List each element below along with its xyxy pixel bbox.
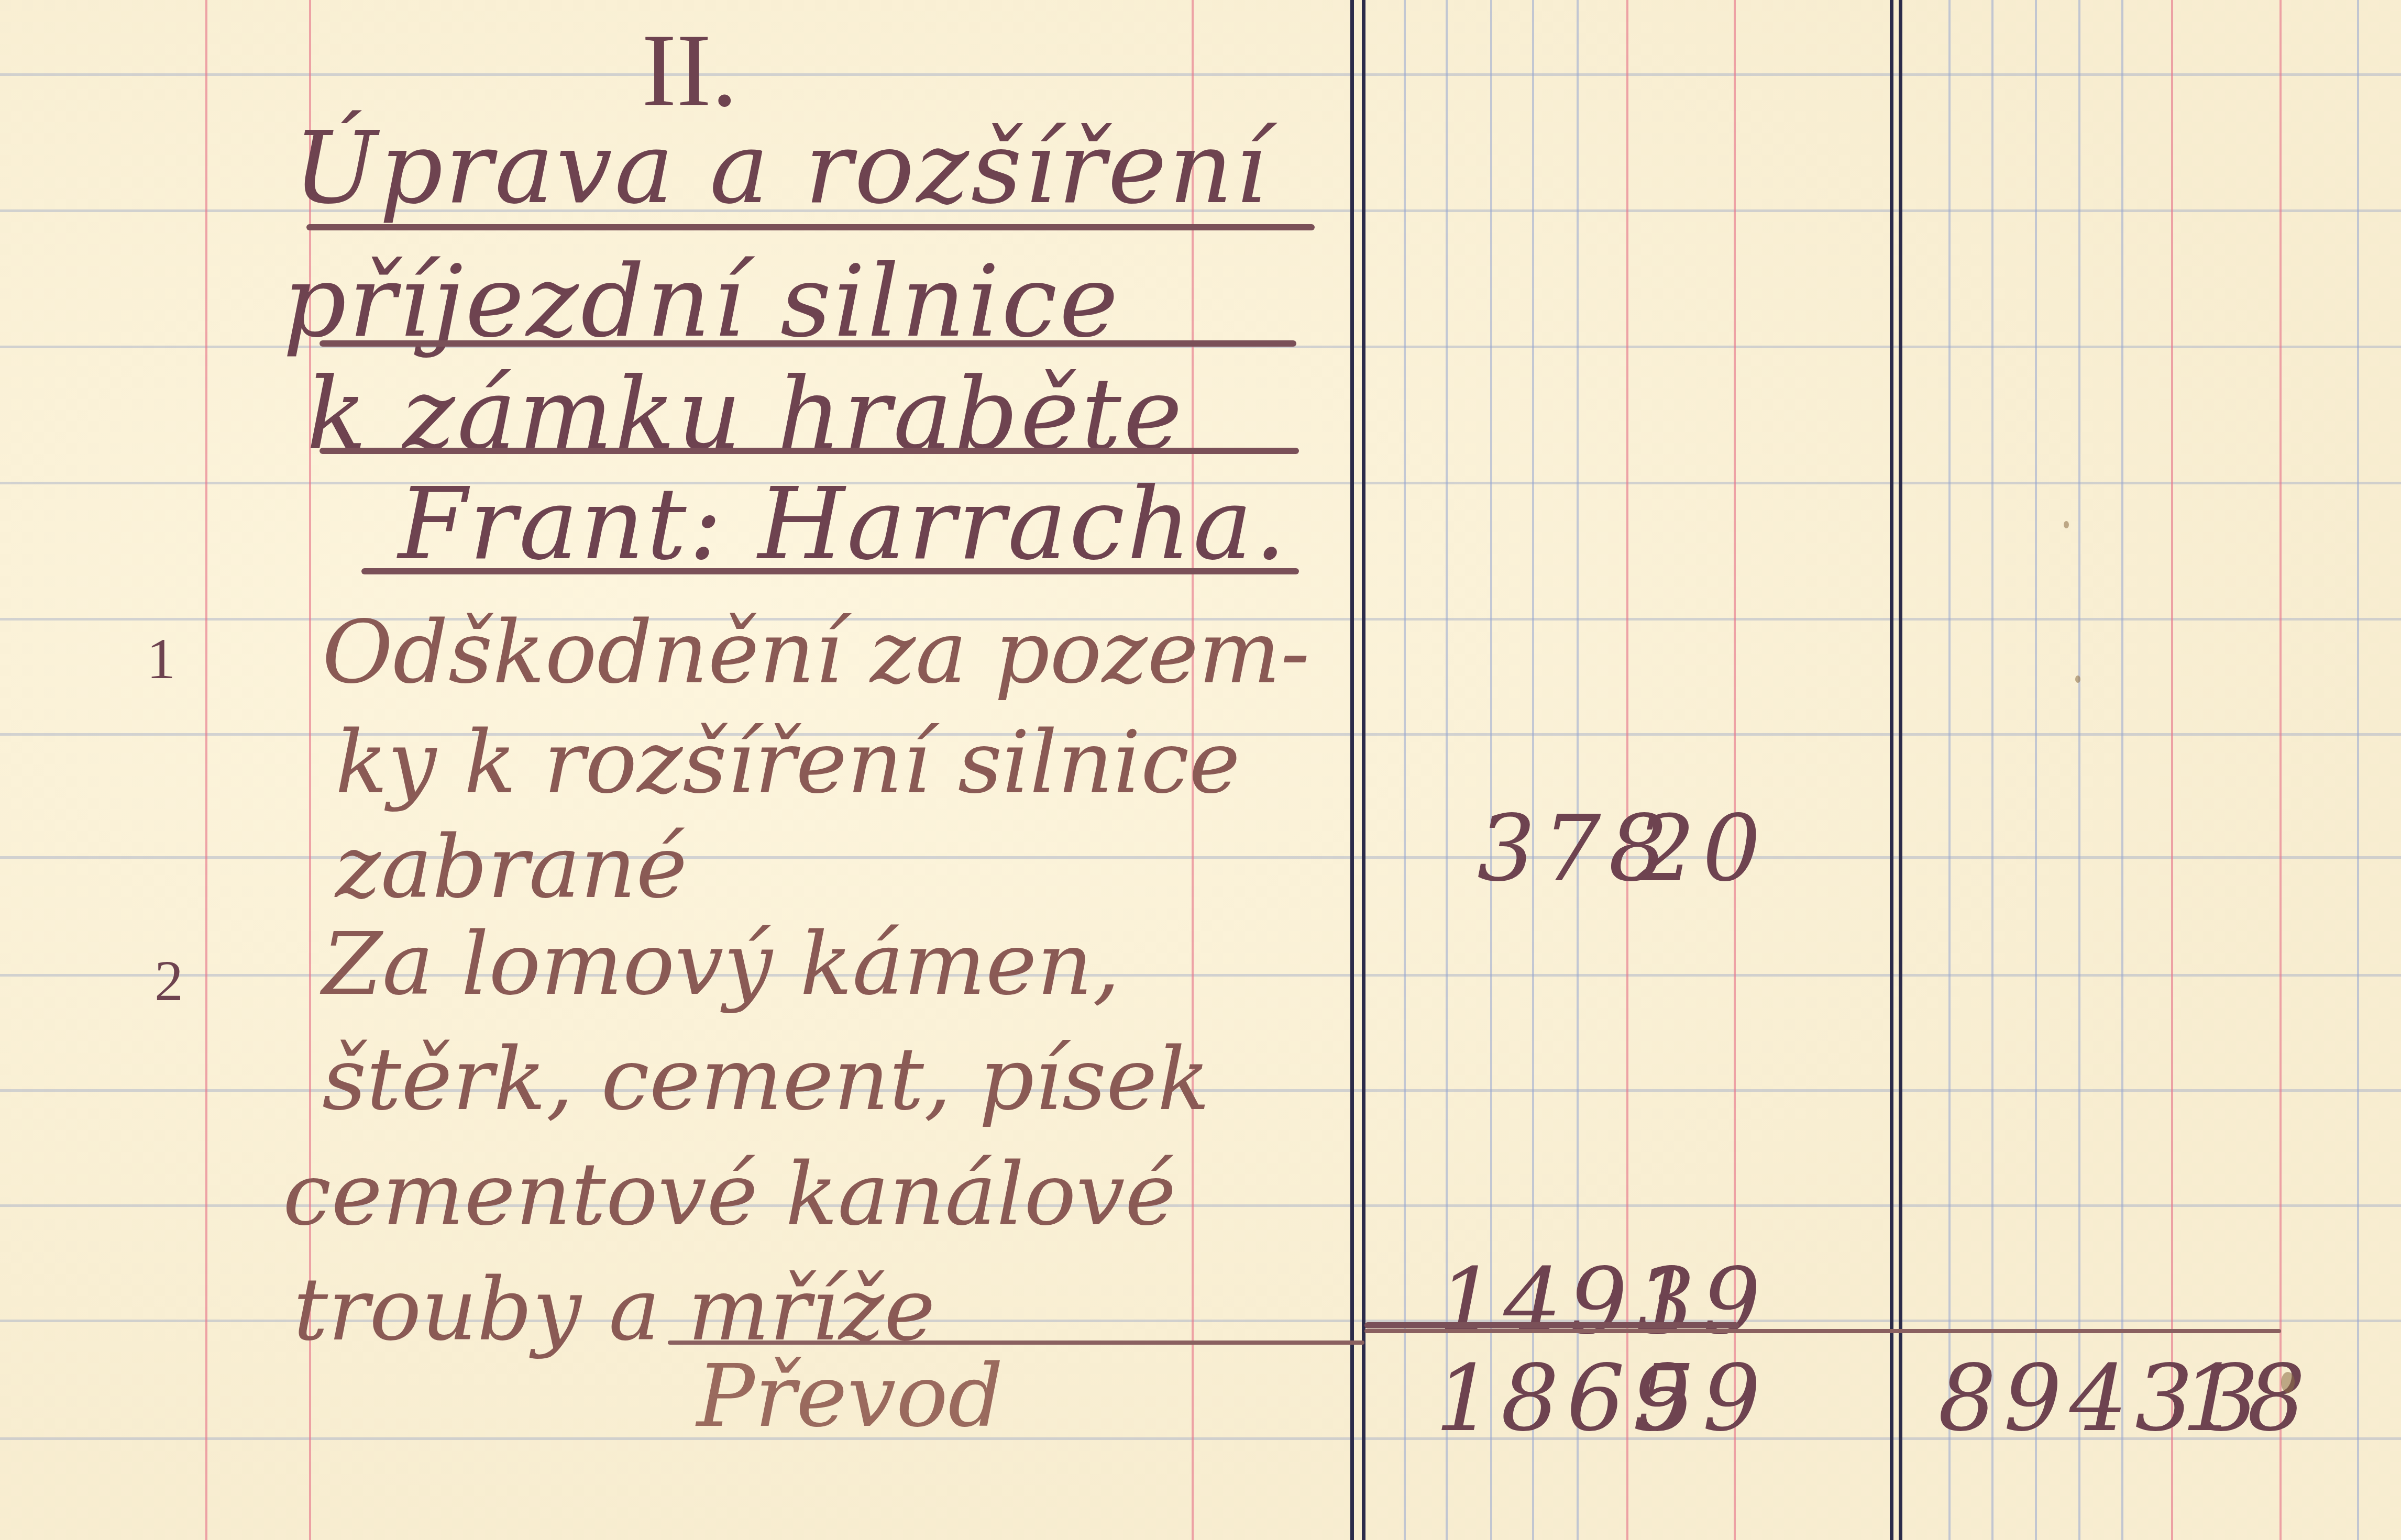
running-total-hellers: 18 [2182,1346,2313,1452]
amount-sum-rule [1364,1322,1739,1328]
item-2-text-underline [668,1340,1364,1345]
item-1-number: 1 [147,626,175,692]
ink-speck [2075,675,2080,683]
heading-underline-1 [306,224,1315,230]
item-1-line-1: Odškodnění za pozem- [322,602,1309,703]
heading-underline-3 [320,448,1299,454]
heading-line-4: Frant: Harracha. [398,466,1288,582]
heading-line-3: k zámku hraběte [306,356,1184,472]
ink-blot [2281,1372,2295,1393]
heading-underline-2 [320,340,1296,347]
item-2-line-2: štěrk, cement, písek [322,1029,1210,1129]
item-2-amount-hellers: 39 [1637,1249,1768,1355]
item-2-number: 2 [155,948,183,1014]
item-1-amount-hellers: 20 [1637,796,1768,902]
ink-speck [2064,521,2069,528]
item-2-line-4: trouby a mříže [293,1259,935,1360]
heading-underline-4 [361,568,1299,574]
item-2-line-1: Za lomový kámen, [322,914,1120,1014]
heading-line-1: Úprava a rozšíření [293,110,1269,226]
total-label: Převod [697,1346,1004,1446]
item-2-line-3: cementové kanálové [283,1144,1176,1245]
item-1-line-2: ky k rozšíření silnice [335,712,1240,813]
item-1-line-3: zabrané [335,817,687,917]
page-sum-rule [1364,1329,2281,1333]
section-total-hellers: 59 [1637,1346,1768,1452]
